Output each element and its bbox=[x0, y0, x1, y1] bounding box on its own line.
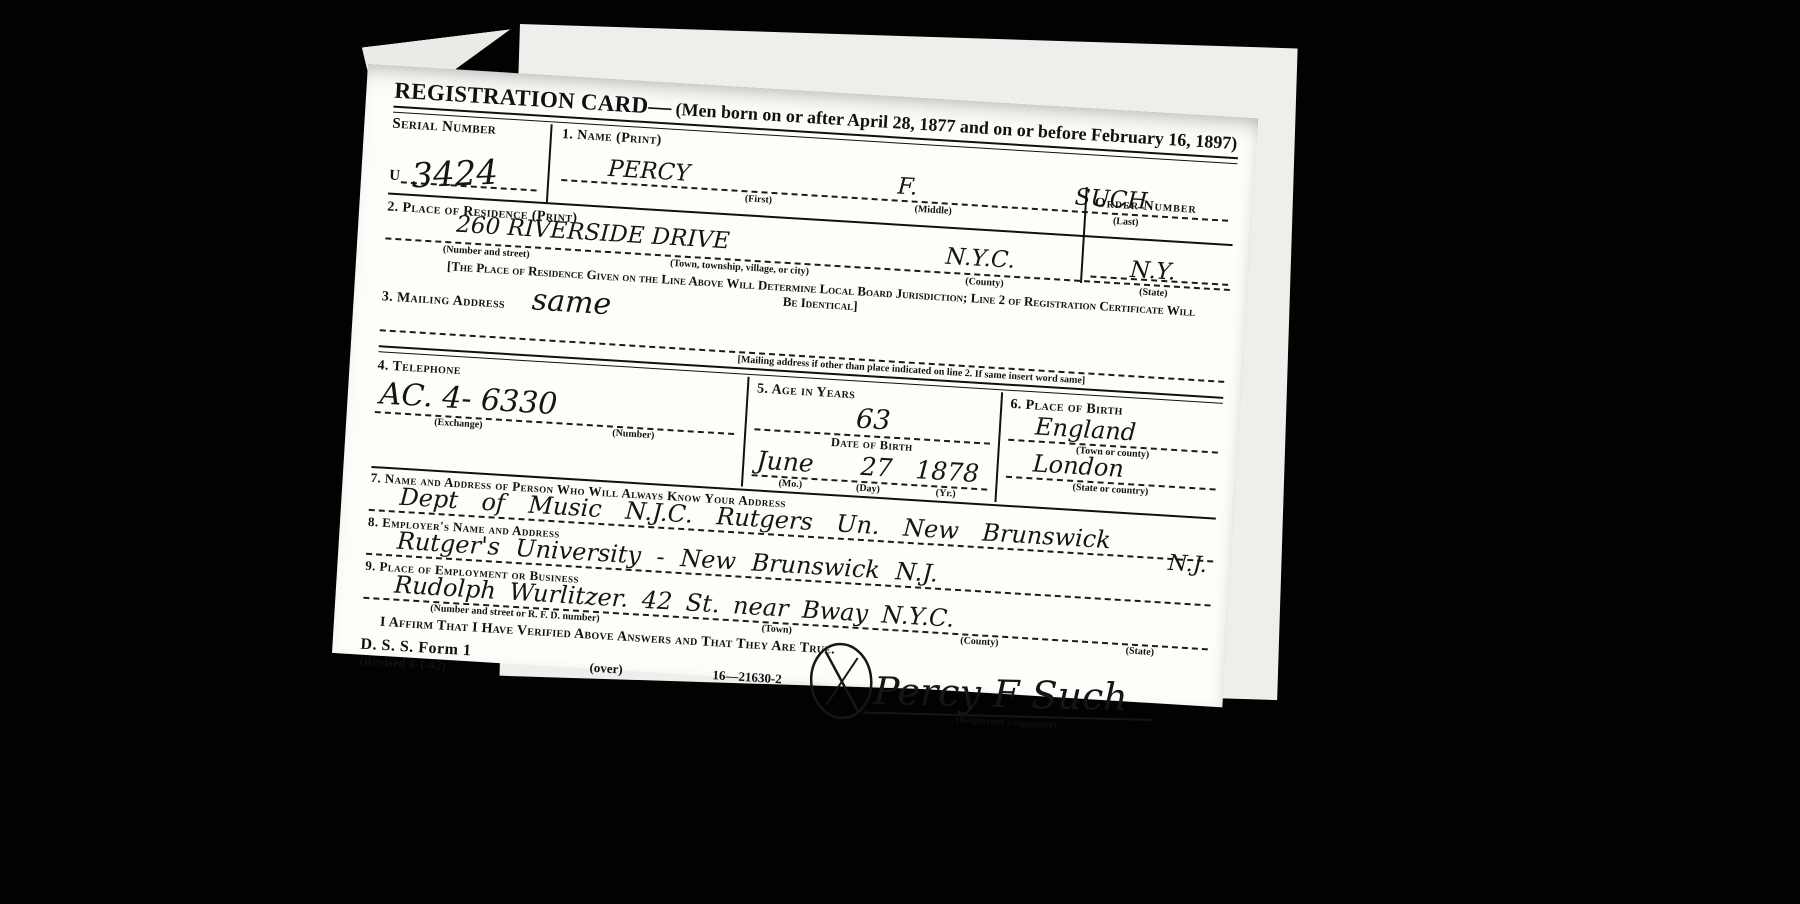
name-label: 1. Name (Print) bbox=[562, 127, 663, 148]
mailing-value: same bbox=[531, 282, 612, 322]
serial-number-section: Serial Number U 3424 bbox=[388, 115, 552, 203]
form-id-block: D. S. S. Form 1 (Revised 4-1-42) bbox=[359, 635, 531, 678]
order-number-line bbox=[1090, 275, 1228, 285]
registration-card: REGISTRATION CARD— (Men born on or after… bbox=[332, 64, 1258, 707]
order-number-label: Order Number bbox=[1094, 196, 1197, 217]
caption-exchange: (Exchange) bbox=[434, 416, 483, 430]
order-number-box: Order Number bbox=[1080, 187, 1238, 292]
contact-overflow-value: N.J. bbox=[1167, 550, 1207, 577]
serial-prefix: U bbox=[389, 168, 401, 186]
serial-number-label: Serial Number bbox=[392, 116, 497, 138]
birthplace-section: 6. Place of Birth England (Town or count… bbox=[996, 392, 1222, 515]
registrant-signature: Percy F Such bbox=[863, 671, 1152, 720]
serial-number-value: 3424 bbox=[411, 153, 499, 197]
dob-month-value: June bbox=[756, 445, 848, 479]
print-code: 16—21630-2 bbox=[712, 667, 782, 687]
telephone-label: 4. Telephone bbox=[377, 358, 461, 378]
telephone-section: 4. Telephone AC. 4- 6330 (Exchange) (Num… bbox=[372, 354, 750, 487]
dob-year-value: 1878 bbox=[906, 454, 989, 488]
scan-background: REGISTRATION CARD— (Men born on or after… bbox=[0, 0, 1800, 904]
dob-day-value: 27 bbox=[846, 451, 908, 484]
caption-number: (Number) bbox=[612, 427, 655, 441]
mailing-label: 3. Mailing Address bbox=[381, 289, 505, 312]
age-section: 5. Age in Years 63 Date of Birth June 27… bbox=[743, 377, 1003, 502]
over-note: (over) bbox=[589, 659, 623, 677]
age-value: 63 bbox=[855, 403, 891, 436]
